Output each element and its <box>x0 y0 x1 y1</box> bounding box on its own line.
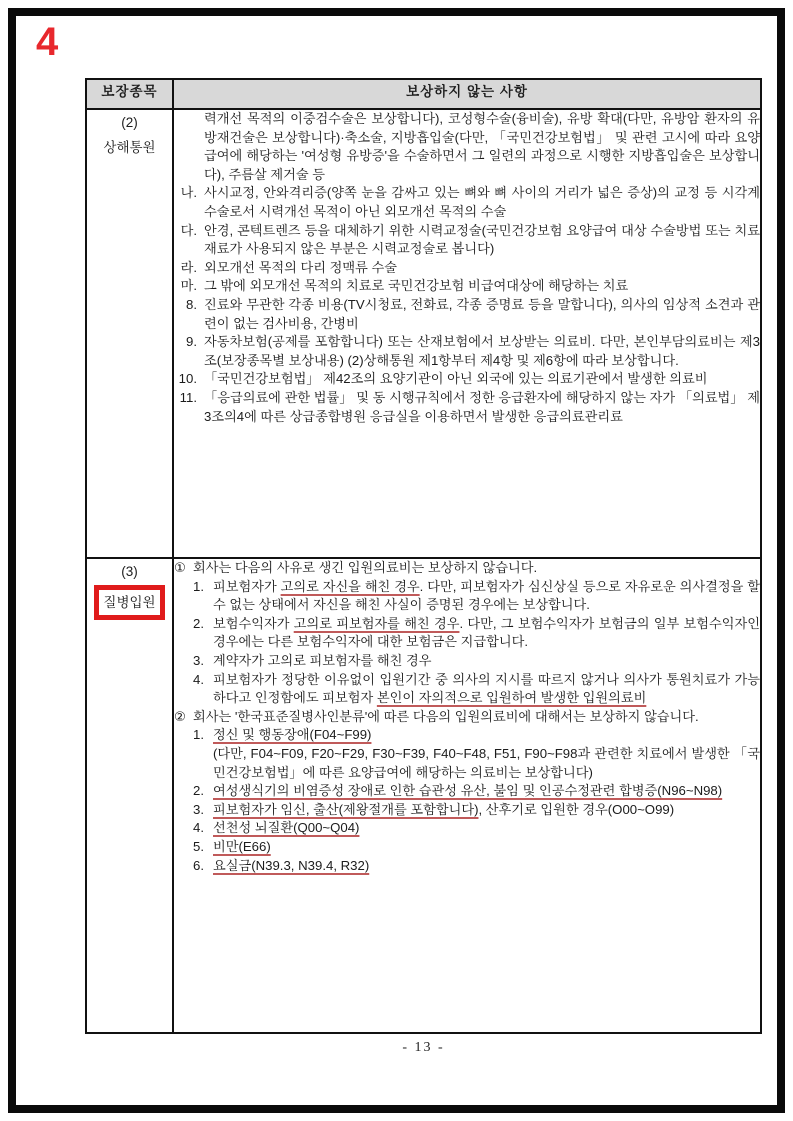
list-item: 1.정신 및 행동장애(F04~F99) <box>193 726 760 745</box>
item-marker <box>193 745 213 782</box>
list-item: 력개선 목적의 이중검수술은 보상합니다), 코성형수술(융비술), 유방 확대… <box>174 110 760 184</box>
text-segment: (다만, F04~F09, F20~F29, F30~F39, F40~F48,… <box>213 746 760 780</box>
item-text: 력개선 목적의 이중검수술은 보상합니다), 코성형수술(융비술), 유방 확대… <box>204 110 760 184</box>
item-text: 피보험자가 정당한 이유없이 입원기간 중 의사의 지시를 따르지 않거나 의사… <box>213 671 760 708</box>
text-segment: 외모개선 목적의 다리 정맥류 수술 <box>204 260 397 275</box>
list-item: 4.피보험자가 정당한 이유없이 입원기간 중 의사의 지시를 따르지 않거나 … <box>193 671 760 708</box>
item-text: 정신 및 행동장애(F04~F99) <box>213 726 760 745</box>
item-text: 그 밖에 외모개선 목적의 치료로 국민건강보험 비급여대상에 해당하는 치료 <box>204 277 760 296</box>
list-item: 마.그 밖에 외모개선 목적의 치료로 국민건강보험 비급여대상에 해당하는 치… <box>174 277 760 296</box>
item-text: 진료와 무관한 각종 비용(TV시청료, 전화료, 각종 증명료 등을 말합니다… <box>204 296 760 333</box>
underlined-text: 피보험자가 임신, 출산(제왕절개를 포함합니다) <box>213 802 478 817</box>
text-segment: 회사는 다음의 사유로 생긴 입원의료비는 보상하지 않습니다. <box>193 560 537 575</box>
item-text: (다만, F04~F09, F20~F29, F30~F39, F40~F48,… <box>213 745 760 782</box>
item-text: 회사는 다음의 사유로 생긴 입원의료비는 보상하지 않습니다. <box>193 559 760 578</box>
category-cell-injury-outpatient: (2) 상해통원 <box>86 109 173 558</box>
item-marker: 8. <box>174 296 204 333</box>
underlined-text: 선천성 뇌질환(Q00~Q04) <box>213 820 359 835</box>
content-cell-disease-inpatient: ①회사는 다음의 사유로 생긴 입원의료비는 보상하지 않습니다.1.피보험자가… <box>173 558 761 1033</box>
header-coverage-type: 보장종목 <box>86 79 173 109</box>
item-marker: 9. <box>174 333 204 370</box>
category-name: 질병입원 <box>94 585 164 620</box>
text-segment: 피보험자가 <box>213 579 281 594</box>
item-marker: 라. <box>174 259 204 278</box>
item-marker: 10. <box>174 370 204 389</box>
item-text: 비만(E66) <box>213 838 760 857</box>
text-segment: 회사는 '한국표준질병사인분류'에 따른 다음의 입원의료비에 대해서는 보상하… <box>193 709 699 724</box>
table-row: (2) 상해통원 력개선 목적의 이중검수술은 보상합니다), 코성형수술(융비… <box>86 109 761 558</box>
item-marker: 11. <box>174 389 204 426</box>
underlined-text: 본인이 자의적으로 입원하여 발생한 입원의료비 <box>377 690 646 705</box>
item-marker: 마. <box>174 277 204 296</box>
item-marker: 5. <box>193 838 213 857</box>
item-marker: ① <box>174 559 193 578</box>
list-item: 4.선천성 뇌질환(Q00~Q04) <box>193 819 760 838</box>
list-item: 8.진료와 무관한 각종 비용(TV시청료, 전화료, 각종 증명료 등을 말합… <box>174 296 760 333</box>
item-text: 피보험자가 고의로 자신을 해친 경우. 다만, 피보험자가 심신상실 등으로 … <box>213 578 760 615</box>
category-cell-disease-inpatient: (3) 질병입원 <box>86 558 173 1033</box>
list-item: 11.「응급의료에 관한 법률」 및 동 시행규칙에서 정한 응급환자에 해당하… <box>174 389 760 426</box>
item-marker: 4. <box>193 819 213 838</box>
item-text: 보험수익자가 고의로 피보험자를 해친 경우. 다만, 그 보험수익자가 보험금… <box>213 615 760 652</box>
item-text: 여성생식기의 비염증성 장애로 인한 습관성 유산, 불임 및 인공수정관련 합… <box>213 782 760 801</box>
list-item: 5.비만(E66) <box>193 838 760 857</box>
item-text: 회사는 '한국표준질병사인분류'에 따른 다음의 입원의료비에 대해서는 보상하… <box>193 708 760 727</box>
item-text: 자동차보험(공제를 포함합니다) 또는 산재보험에서 보상받는 의료비. 다만,… <box>204 333 760 370</box>
exclusions-table: 보장종목 보상하지 않는 사항 (2) 상해통원 력개선 목적의 이중검수술은 … <box>85 78 762 1034</box>
category-number: (2) <box>87 110 172 135</box>
underlined-text: 정신 및 행동장애(F04~F99) <box>213 727 371 742</box>
item-marker: 나. <box>174 184 204 221</box>
text-segment: 사시교정, 안와격리증(양쪽 눈을 감싸고 있는 뼈와 뼈 사이의 거리가 넓은… <box>204 185 760 219</box>
text-segment: 「응급의료에 관한 법률」 및 동 시행규칙에서 정한 응급환자에 해당하지 않… <box>204 390 760 424</box>
item-text: 계약자가 고의로 피보험자를 해친 경우 <box>213 652 760 671</box>
underlined-text: 비만(E66) <box>213 839 271 854</box>
text-segment: 계약자가 고의로 피보험자를 해친 경우 <box>213 653 431 668</box>
list-item: (다만, F04~F09, F20~F29, F30~F39, F40~F48,… <box>193 745 760 782</box>
item-marker: 4. <box>193 671 213 708</box>
list-item: 1.피보험자가 고의로 자신을 해친 경우. 다만, 피보험자가 심신상실 등으… <box>193 578 760 615</box>
text-segment: 력개선 목적의 이중검수술은 보상합니다), 코성형수술(융비술), 유방 확대… <box>204 111 760 182</box>
list-item: 라.외모개선 목적의 다리 정맥류 수술 <box>174 259 760 278</box>
item-marker: 1. <box>193 578 213 615</box>
item-marker <box>174 110 204 184</box>
text-segment: 그 밖에 외모개선 목적의 치료로 국민건강보험 비급여대상에 해당하는 치료 <box>204 278 628 293</box>
item-text: 피보험자가 임신, 출산(제왕절개를 포함합니다), 산후기로 입원한 경우(O… <box>213 801 760 820</box>
text-segment: , 산후기로 입원한 경우(O00~O99) <box>478 802 674 817</box>
list-item: 다.안경, 콘텍트렌즈 등을 대체하기 위한 시력교정술(국민건강보험 요양급여… <box>174 222 760 259</box>
page-number-footer: - 13 - <box>85 1040 762 1056</box>
text-segment: 안경, 콘텍트렌즈 등을 대체하기 위한 시력교정술(국민건강보험 요양급여 대… <box>204 223 760 257</box>
page-corner-number: 4 <box>36 20 58 65</box>
text-segment: 자동차보험(공제를 포함합니다) 또는 산재보험에서 보상받는 의료비. 다만,… <box>204 334 760 368</box>
item-text: 「국민건강보험법」 제42조의 요양기관이 아닌 외국에 있는 의료기관에서 발… <box>204 370 760 389</box>
item-text: 외모개선 목적의 다리 정맥류 수술 <box>204 259 760 278</box>
item-marker: ② <box>174 708 193 727</box>
list-item: ②회사는 '한국표준질병사인분류'에 따른 다음의 입원의료비에 대해서는 보상… <box>174 708 760 727</box>
table-row: (3) 질병입원 ①회사는 다음의 사유로 생긴 입원의료비는 보상하지 않습니… <box>86 558 761 1033</box>
item-marker: 2. <box>193 782 213 801</box>
highlight-red-box: 질병입원 <box>87 584 172 620</box>
list-item: 나.사시교정, 안와격리증(양쪽 눈을 감싸고 있는 뼈와 뼈 사이의 거리가 … <box>174 184 760 221</box>
item-marker: 6. <box>193 857 213 876</box>
item-text: 요실금(N39.3, N39.4, R32) <box>213 857 760 876</box>
list-item: ①회사는 다음의 사유로 생긴 입원의료비는 보상하지 않습니다. <box>174 559 760 578</box>
content-cell-injury-outpatient: 력개선 목적의 이중검수술은 보상합니다), 코성형수술(융비술), 유방 확대… <box>173 109 761 558</box>
text-segment: 「국민건강보험법」 제42조의 요양기관이 아닌 외국에 있는 의료기관에서 발… <box>204 371 707 386</box>
category-name: 상해통원 <box>87 135 172 160</box>
list-item: 10.「국민건강보험법」 제42조의 요양기관이 아닌 외국에 있는 의료기관에… <box>174 370 760 389</box>
text-segment: 진료와 무관한 각종 비용(TV시청료, 전화료, 각종 증명료 등을 말합니다… <box>204 297 760 331</box>
item-marker: 3. <box>193 801 213 820</box>
item-marker: 1. <box>193 726 213 745</box>
list-item: 6.요실금(N39.3, N39.4, R32) <box>193 857 760 876</box>
underlined-text: 요실금(N39.3, N39.4, R32) <box>213 858 369 873</box>
header-not-covered: 보상하지 않는 사항 <box>173 79 761 109</box>
item-marker: 2. <box>193 615 213 652</box>
list-item: 3.피보험자가 임신, 출산(제왕절개를 포함합니다), 산후기로 입원한 경우… <box>193 801 760 820</box>
item-marker: 3. <box>193 652 213 671</box>
list-item: 9.자동차보험(공제를 포함합니다) 또는 산재보험에서 보상받는 의료비. 다… <box>174 333 760 370</box>
item-text: 「응급의료에 관한 법률」 및 동 시행규칙에서 정한 응급환자에 해당하지 않… <box>204 389 760 426</box>
underlined-text: 고의로 피보험자를 해친 경우 <box>294 616 460 631</box>
item-marker: 다. <box>174 222 204 259</box>
text-segment: 보험수익자가 <box>213 616 294 631</box>
underlined-text: 고의로 자신을 해친 경우 <box>281 579 420 594</box>
item-text: 안경, 콘텍트렌즈 등을 대체하기 위한 시력교정술(국민건강보험 요양급여 대… <box>204 222 760 259</box>
underlined-text: 여성생식기의 비염증성 장애로 인한 습관성 유산, 불임 및 인공수정관련 합… <box>213 783 722 798</box>
category-number: (3) <box>87 559 172 584</box>
item-text: 선천성 뇌질환(Q00~Q04) <box>213 819 760 838</box>
document-page: 4 보장종목 보상하지 않는 사항 (2) 상해통원 력개선 목적의 이중검수술… <box>0 0 793 1121</box>
list-item: 2.보험수익자가 고의로 피보험자를 해친 경우. 다만, 그 보험수익자가 보… <box>193 615 760 652</box>
list-item: 3.계약자가 고의로 피보험자를 해친 경우 <box>193 652 760 671</box>
table-header-row: 보장종목 보상하지 않는 사항 <box>86 79 761 109</box>
item-text: 사시교정, 안와격리증(양쪽 눈을 감싸고 있는 뼈와 뼈 사이의 거리가 넓은… <box>204 184 760 221</box>
list-item: 2.여성생식기의 비염증성 장애로 인한 습관성 유산, 불임 및 인공수정관련… <box>193 782 760 801</box>
